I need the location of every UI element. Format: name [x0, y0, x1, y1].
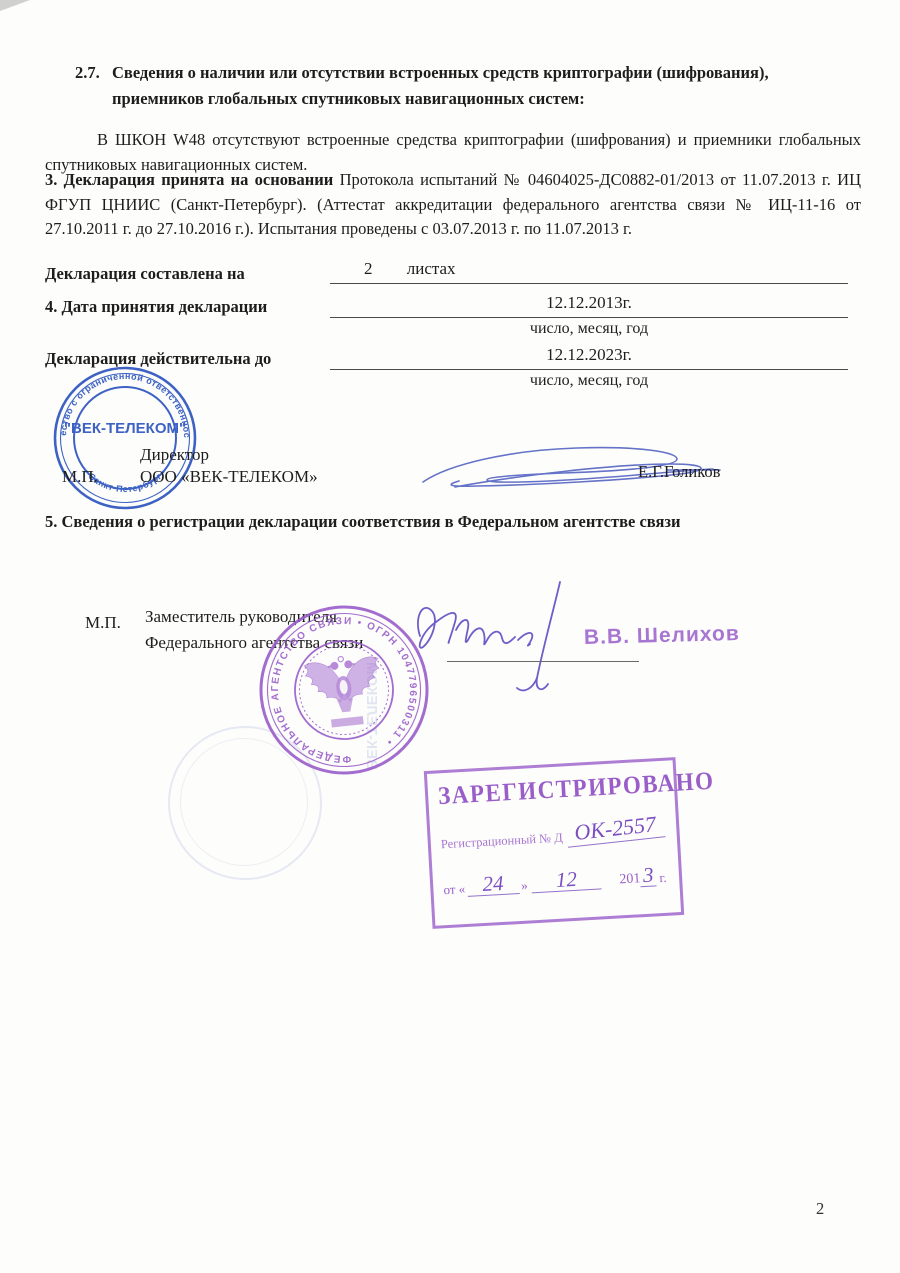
agency-round-stamp-icon: ФЕДЕРАЛЬНОЕ АГЕНТСТВО СВЯЗИ • ОГРН 10477…	[247, 593, 440, 786]
acceptance-date-label: 4. Дата принятия декларации	[45, 297, 267, 317]
valid-until-caption: число, месяц, год	[330, 372, 848, 390]
date-close-quote: »	[521, 878, 528, 894]
registrar-signature-line	[447, 661, 639, 662]
date-year-printed: 201	[619, 871, 641, 888]
document-page: 2.7. Сведения о наличии или отсутствии в…	[0, 0, 900, 1273]
date-from-label: от «	[443, 881, 466, 898]
registration-number-label: Регистрационный № Д	[441, 831, 564, 853]
acceptance-date-field: 12.12.2013г.	[330, 293, 848, 318]
double-eagle-icon	[304, 653, 385, 730]
mp-label-director: М.П.	[62, 467, 98, 487]
org-round-stamp-icon: Общество с ограниченной ответственностью…	[50, 363, 200, 513]
director-title: Директор	[140, 445, 209, 465]
registration-number-value: ОК-2557	[565, 810, 665, 847]
section-2-7-number: 2.7.	[75, 60, 112, 111]
section-3-label: 3. Декларация принята на основании	[45, 170, 333, 189]
registrar-signature-icon	[412, 578, 590, 698]
scan-corner-artifact	[0, 0, 30, 11]
director-org: ООО «ВЕК-ТЕЛЕКОМ»	[140, 467, 318, 487]
section-5-heading: 5. Сведения о регистрации декларации соо…	[45, 512, 865, 532]
registration-stamp: ЗАРЕГИСТРИРОВАНО Регистрационный № Д ОК-…	[424, 757, 684, 929]
date-year-written: 3	[640, 864, 657, 887]
registrar-name-stamp: В.В. Шелихов	[584, 622, 740, 650]
valid-until-field: 12.12.2023г.	[330, 345, 848, 370]
acceptance-date-caption: число, месяц, год	[330, 320, 848, 338]
sheets-label: Декларация составлена на	[45, 264, 245, 284]
registration-stamp-title: ЗАРЕГИСТРИРОВАНО	[437, 769, 664, 810]
date-month-value: 12	[531, 867, 602, 893]
registration-number-row: Регистрационный № Д ОК-2557	[440, 813, 667, 853]
mp-label-registrar: М.П.	[85, 613, 121, 633]
section-2-7-heading: 2.7. Сведения о наличии или отсутствии в…	[75, 60, 865, 111]
director-name: Е.Г.Голиков	[638, 462, 720, 482]
registration-date-row: от « 24 » 12 201 3 г.	[443, 864, 670, 899]
section-3-paragraph: 3. Декларация принята на основании Прото…	[45, 168, 861, 242]
sheets-field: 2 листах	[330, 259, 848, 284]
org-stamp-center-text: "ВЕК-ТЕЛЕКОМ"	[64, 420, 186, 437]
date-day-value: 24	[466, 872, 519, 897]
date-year-suffix: г.	[659, 870, 667, 886]
section-2-7-text: Сведения о наличии или отсутствии встрое…	[112, 60, 769, 111]
sheets-value: 2	[364, 259, 373, 278]
sheets-unit: листах	[407, 259, 456, 278]
page-number: 2	[816, 1199, 824, 1219]
